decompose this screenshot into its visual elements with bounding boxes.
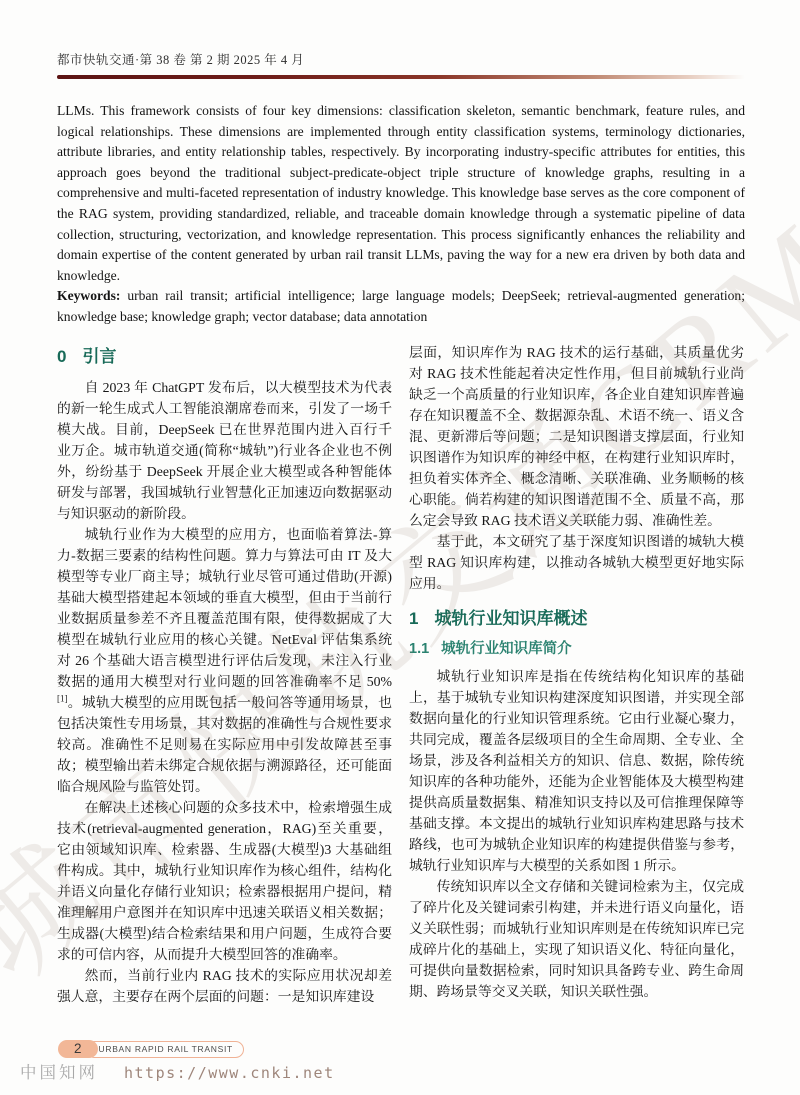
section-1-title: 城轨行业知识库概述 [434, 608, 587, 629]
journal-name-english-badge: URBAN RAPID RAIL TRANSIT [86, 1041, 244, 1058]
paragraph-intro-2-text-after: 。城轨大模型的应用既包括一般问答等通用场景，也包括决策性专用场景，其对数据的准确… [57, 695, 392, 794]
subsection-1-1-heading: 1.1 城轨行业知识库简介 [409, 639, 744, 660]
subsection-1-1-title: 城轨行业知识库简介 [441, 639, 572, 660]
section-0-title: 引言 [82, 346, 116, 367]
citation-ref-1: [1] [57, 693, 68, 703]
paragraph-intro-2: 城轨行业作为大模型的应用方，也面临着算法-算力-数据三要素的结构性问题。算力与算… [57, 524, 392, 797]
paragraph-kb-definition: 城轨行业知识库是指在传统结构化知识库的基础上，基于城轨专业知识构建深度知识图谱，… [409, 666, 744, 876]
abstract-block: LLMs. This framework consists of four ke… [57, 101, 745, 328]
page-content: 都市快轨交通·第 38 卷 第 2 期 2025 年 4 月 LLMs. Thi… [57, 50, 745, 1007]
keywords-line: Keywords: urban rail transit; artificial… [57, 286, 745, 327]
paragraph-intro-4: 然而，当前行业内 RAG 技术的实际应用状况却差强人意，主要存在两个层面的问题：… [57, 965, 392, 1007]
abstract-text: LLMs. This framework consists of four ke… [57, 101, 745, 286]
section-0-heading: 0 引言 [57, 346, 392, 367]
keywords-label: Keywords: [57, 288, 120, 303]
section-1-heading: 1 城轨行业知识库概述 [409, 608, 744, 629]
journal-header-info: 都市快轨交通·第 38 卷 第 2 期 2025 年 4 月 [57, 50, 745, 68]
cnki-watermark: 中国知网 https://www.cnki.net [20, 1059, 335, 1083]
two-column-body: 0 引言 自 2023 年 ChatGPT 发布后，以大模型技术为代表的新一轮生… [57, 342, 745, 1007]
footer-page-badge: 2 URBAN RAPID RAIL TRANSIT [58, 1040, 244, 1058]
page-number: 2 [58, 1040, 98, 1058]
paragraph-intro-1: 自 2023 年 ChatGPT 发布后，以大模型技术为代表的新一轮生成式人工智… [57, 377, 392, 524]
keywords-text: urban rail transit; artificial intellige… [57, 288, 745, 324]
cnki-logo-text: 中国知网 [20, 1059, 98, 1083]
cnki-url-link[interactable]: https://www.cnki.net [124, 1064, 335, 1082]
subsection-1-1-number: 1.1 [409, 639, 429, 660]
right-column: 层面，知识库作为 RAG 技术的运行基础，其质量优劣对 RAG 技术性能起着决定… [409, 342, 744, 1007]
paragraph-intro-3: 在解决上述核心问题的众多技术中，检索增强生成技术(retrieval-augme… [57, 797, 392, 965]
section-1-number: 1 [409, 608, 418, 629]
paragraph-kb-comparison: 传统知识库以全文存储和关键词检索为主，仅完成了碎片化及关键词索引构建，并未进行语… [409, 876, 744, 1002]
abstract-continuation-text: LLMs. This framework consists of four ke… [57, 103, 745, 283]
left-column: 0 引言 自 2023 年 ChatGPT 发布后，以大模型技术为代表的新一轮生… [57, 342, 392, 1007]
paragraph-continuation: 层面，知识库作为 RAG 技术的运行基础，其质量优劣对 RAG 技术性能起着决定… [409, 342, 744, 531]
section-0-number: 0 [57, 346, 66, 367]
paragraph-purpose: 基于此，本文研究了基于深度知识图谱的城轨大模型 RAG 知识库构建，以推动各城轨… [409, 531, 744, 594]
header-rule-divider [57, 75, 745, 79]
paragraph-intro-2-text: 城轨行业作为大模型的应用方，也面临着算法-算力-数据三要素的结构性问题。算力与算… [57, 527, 392, 689]
